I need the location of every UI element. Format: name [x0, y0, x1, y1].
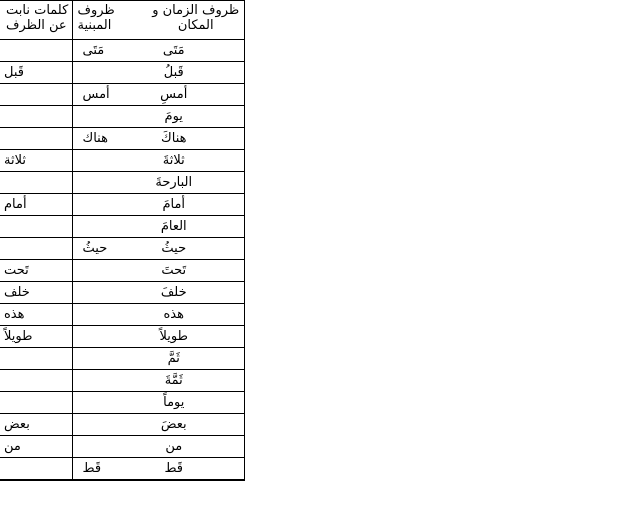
cell-right: ثَمَّةَ — [150, 370, 244, 392]
cell-middle — [72, 414, 150, 436]
table-row: منمن — [0, 436, 244, 458]
cell-right: البارحةَ — [150, 172, 244, 194]
cell-right: هناكَ — [150, 128, 244, 150]
cell-right: قَط — [150, 458, 244, 481]
cell-right: طويلاً — [150, 326, 244, 348]
cell-right: مَتَى — [150, 40, 244, 62]
table-row: حيثُحيثُ — [0, 238, 244, 260]
cell-middle — [72, 348, 150, 370]
cell-middle — [72, 194, 150, 216]
cell-right: أمسِ — [150, 84, 244, 106]
cell-right: ثلاثةَ — [150, 150, 244, 172]
cell-left: ثلاثة — [0, 150, 72, 172]
table-row: ثَمَّةَ — [0, 370, 244, 392]
cell-left — [0, 458, 72, 481]
cell-right: أمامَ — [150, 194, 244, 216]
cell-left — [0, 392, 72, 414]
table-row: طويلاًطويلاً — [0, 326, 244, 348]
document-page: كلمات نابت عن الظرف ظروف المبنية ظروف ال… — [0, 0, 640, 505]
cell-middle — [72, 326, 150, 348]
cell-left — [0, 238, 72, 260]
table-row: هناكهناكَ — [0, 128, 244, 150]
cell-right: يوماً — [150, 392, 244, 414]
cell-left: خلف — [0, 282, 72, 304]
table-row: هذههذه — [0, 304, 244, 326]
table-row: أمسأمسِ — [0, 84, 244, 106]
cell-left — [0, 128, 72, 150]
cell-left: تَحت — [0, 260, 72, 282]
cell-middle: أمس — [72, 84, 150, 106]
cell-right: هذه — [150, 304, 244, 326]
cell-left: من — [0, 436, 72, 458]
cell-left — [0, 216, 72, 238]
header-substitute-words-column: كلمات نابت عن الظرف — [0, 1, 72, 40]
table-row: مَتَىمَتَى — [0, 40, 244, 62]
cell-left: طويلاً — [0, 326, 72, 348]
table-row: خلفخلفَ — [0, 282, 244, 304]
table-row: يوماً — [0, 392, 244, 414]
table-row: البارحةَ — [0, 172, 244, 194]
cell-middle — [72, 216, 150, 238]
cell-right: يومَ — [150, 106, 244, 128]
header-indeclinable-adverbs-column: ظروف المبنية — [72, 1, 150, 40]
cell-left: هذه — [0, 304, 72, 326]
cell-middle — [72, 260, 150, 282]
table-row: يومَ — [0, 106, 244, 128]
cell-middle: قَط — [72, 458, 150, 481]
table-row: قَطقَط — [0, 458, 244, 481]
cell-right: تَحتَ — [150, 260, 244, 282]
table-row: ثلاثةثلاثةَ — [0, 150, 244, 172]
cell-right: العامَ — [150, 216, 244, 238]
cell-left — [0, 348, 72, 370]
cell-left: أمام — [0, 194, 72, 216]
header-time-place-adverbs-column: ظروف الزمان و المكان — [150, 1, 244, 40]
table-row: تَحتتَحتَ — [0, 260, 244, 282]
cell-middle — [72, 106, 150, 128]
cell-left — [0, 40, 72, 62]
header-row: كلمات نابت عن الظرف ظروف المبنية ظروف ال… — [0, 1, 244, 40]
cell-middle — [72, 436, 150, 458]
cell-middle — [72, 304, 150, 326]
cell-left — [0, 172, 72, 194]
cell-right: حيثُ — [150, 238, 244, 260]
cell-middle — [72, 370, 150, 392]
table-row: بعضبعضَ — [0, 414, 244, 436]
cell-middle — [72, 392, 150, 414]
table-row: ثَمَّ — [0, 348, 244, 370]
table-row: قَبلقَبلُ — [0, 62, 244, 84]
cell-middle: حيثُ — [72, 238, 150, 260]
cell-middle: مَتَى — [72, 40, 150, 62]
table-row: العامَ — [0, 216, 244, 238]
cell-middle: هناك — [72, 128, 150, 150]
cell-right: بعضَ — [150, 414, 244, 436]
cell-left: بعض — [0, 414, 72, 436]
cell-middle — [72, 150, 150, 172]
cell-left — [0, 370, 72, 392]
cell-right: من — [150, 436, 244, 458]
table-row: أمامأمامَ — [0, 194, 244, 216]
cell-right: قَبلُ — [150, 62, 244, 84]
cell-left — [0, 106, 72, 128]
cell-middle — [72, 282, 150, 304]
cell-left — [0, 84, 72, 106]
table-body: مَتَىمَتَىقَبلقَبلُأمسأمسِيومَهناكهناكَث… — [0, 40, 244, 481]
cell-right: خلفَ — [150, 282, 244, 304]
adverbs-table: كلمات نابت عن الظرف ظروف المبنية ظروف ال… — [0, 0, 245, 481]
cell-middle — [72, 62, 150, 84]
cell-right: ثَمَّ — [150, 348, 244, 370]
cell-left: قَبل — [0, 62, 72, 84]
cell-middle — [72, 172, 150, 194]
